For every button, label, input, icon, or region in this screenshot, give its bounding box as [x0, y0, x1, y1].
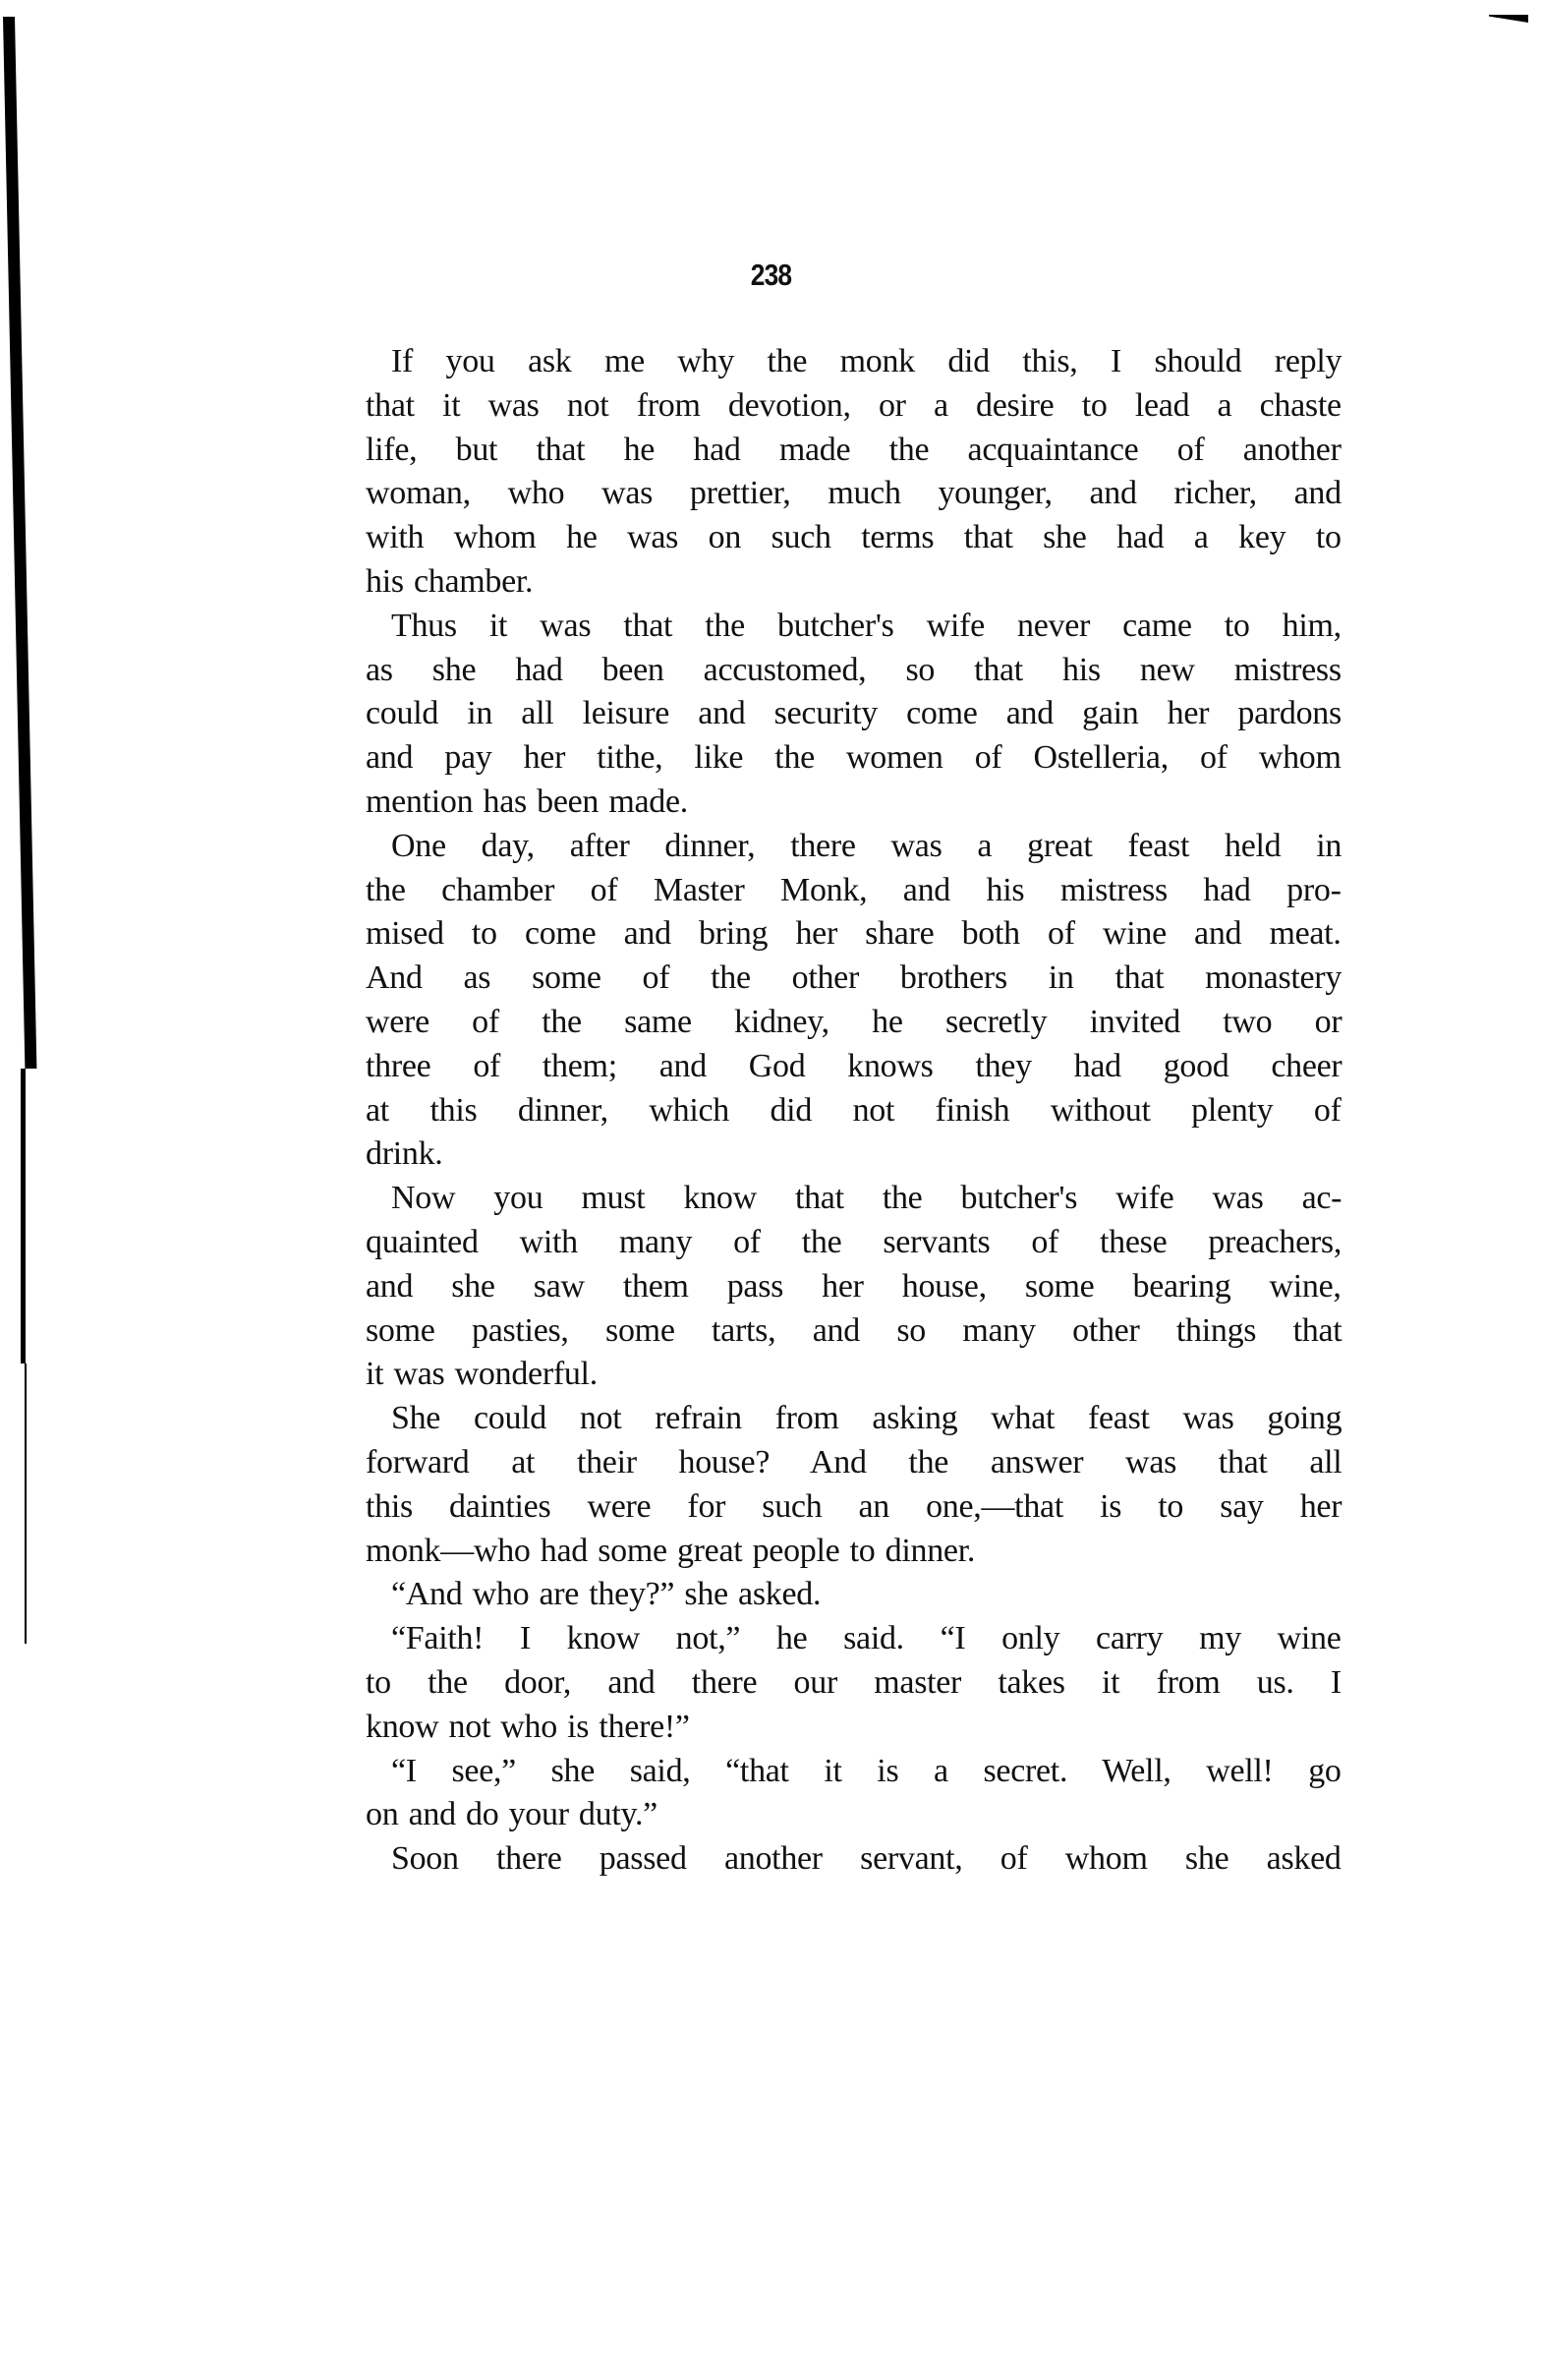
text-line: Thus it was that the butcher's wife neve… — [366, 605, 1342, 649]
text-line: the chamber of Master Monk, and his mist… — [366, 869, 1342, 913]
text-line: mention has been made. — [366, 781, 1342, 825]
text-line: and pay her tithe, like the women of Ost… — [366, 736, 1342, 781]
paragraph: “I see,” she said, “that it is a secret.… — [366, 1750, 1342, 1838]
scan-corner-mark — [1489, 15, 1528, 23]
text-line: One day, after dinner, there was a great… — [366, 825, 1342, 869]
text-line: “Faith! I know not,” he said. “I only ca… — [366, 1617, 1342, 1661]
scan-binding-shadow — [3, 17, 36, 1069]
text-line: And as some of the other brothers in tha… — [366, 957, 1342, 1001]
text-line: monk—who had some great people to dinner… — [366, 1530, 1342, 1574]
paragraph: She could not refrain from asking what f… — [366, 1397, 1342, 1573]
text-line: Soon there passed another servant, of wh… — [366, 1837, 1342, 1882]
text-line: as she had been accustomed, so that his … — [366, 649, 1342, 693]
text-line: mised to come and bring her share both o… — [366, 912, 1342, 957]
paragraph: Soon there passed another servant, of wh… — [366, 1837, 1342, 1882]
text-line: woman, who was prettier, much younger, a… — [366, 472, 1342, 516]
text-line: “And who are they?” she asked. — [366, 1573, 1342, 1617]
text-line: this dainties were for such an one,—that… — [366, 1485, 1342, 1530]
body-text: If you ask me why the monk did this, I s… — [366, 340, 1342, 1882]
text-line: If you ask me why the monk did this, I s… — [366, 340, 1342, 384]
text-line: “I see,” she said, “that it is a secret.… — [366, 1750, 1342, 1794]
paragraph: Thus it was that the butcher's wife neve… — [366, 605, 1342, 825]
text-line: and she saw them pass her house, some be… — [366, 1265, 1342, 1309]
page-number: 238 — [116, 258, 1427, 293]
text-line: it was wonderful. — [366, 1353, 1342, 1397]
paragraph: One day, after dinner, there was a great… — [366, 825, 1342, 1177]
text-line: life, but that he had made the acquainta… — [366, 429, 1342, 473]
scan-binding-shadow — [25, 1364, 27, 1644]
paragraph: “Faith! I know not,” he said. “I only ca… — [366, 1617, 1342, 1749]
text-line: She could not refrain from asking what f… — [366, 1397, 1342, 1441]
text-line: some pasties, some tarts, and so many ot… — [366, 1309, 1342, 1354]
text-line: could in all leisure and security come a… — [366, 692, 1342, 736]
text-line: his chamber. — [366, 560, 1342, 605]
text-line: Now you must know that the butcher's wif… — [366, 1177, 1342, 1221]
text-line: on and do your duty.” — [366, 1793, 1342, 1837]
text-line: quainted with many of the servants of th… — [366, 1221, 1342, 1265]
text-line: know not who is there!” — [366, 1706, 1342, 1750]
text-line: forward at their house? And the answer w… — [366, 1441, 1342, 1485]
text-line: three of them; and God knows they had go… — [366, 1045, 1342, 1089]
text-line: that it was not from devotion, or a desi… — [366, 384, 1342, 429]
text-line: were of the same kidney, he secretly inv… — [366, 1001, 1342, 1045]
text-line: with whom he was on such terms that she … — [366, 516, 1342, 560]
scan-binding-shadow — [21, 1069, 26, 1364]
paragraph: Now you must know that the butcher's wif… — [366, 1177, 1342, 1397]
paragraph: “And who are they?” she asked. — [366, 1573, 1342, 1617]
text-line: drink. — [366, 1132, 1342, 1177]
text-line: at this dinner, which did not finish wit… — [366, 1089, 1342, 1133]
text-line: to the door, and there our master takes … — [366, 1661, 1342, 1706]
paragraph: If you ask me why the monk did this, I s… — [366, 340, 1342, 605]
